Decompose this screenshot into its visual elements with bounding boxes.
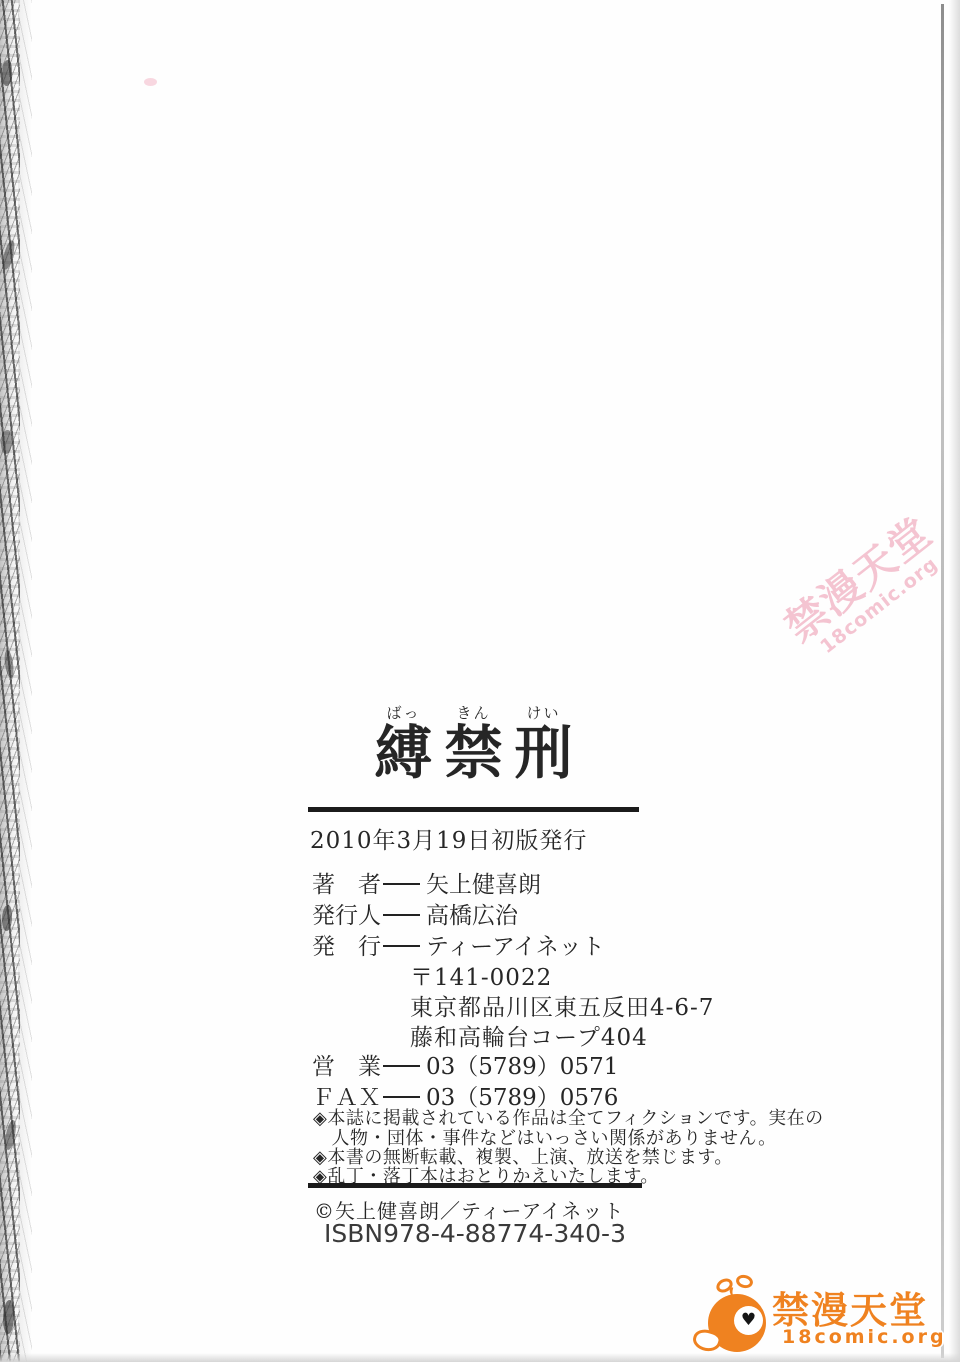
dash-line	[383, 1096, 420, 1098]
page-right-shade	[949, 0, 960, 1362]
colophon-row-author: 著 者 矢上健喜朗	[312, 866, 541, 899]
heart-icon: ♥	[741, 1312, 756, 1329]
bottom-rule	[308, 1183, 642, 1188]
title-char-group: けい 刑	[515, 706, 573, 786]
watermark-pink: 禁漫天堂 18comic.org	[770, 504, 960, 673]
contact-row-sales: 営 業 03（5789）0571	[312, 1048, 618, 1081]
scan-edge-texture	[0, 0, 20, 1362]
page-title: ばっ 縛 きん 禁 けい 刑	[308, 706, 639, 786]
colophon-label: 著 者	[312, 866, 381, 899]
colophon-label: 発行人	[312, 897, 381, 930]
mascot-icon: ♥	[708, 1294, 766, 1352]
title-kanji: 縛	[374, 721, 432, 786]
logo-domain-text: 18comic.org	[782, 1326, 947, 1348]
mascot-leaf-icon	[735, 1273, 755, 1290]
dash-line	[383, 883, 420, 885]
watermark-logo: ♥ 禁漫天堂 18comic.org	[692, 1266, 960, 1360]
address-postal-code: 〒141-0022	[410, 959, 552, 992]
colophon-label: 発 行	[312, 928, 381, 961]
isbn-number: ISBN978-4-88774-340-3	[308, 1219, 642, 1248]
mascot-tail	[690, 1326, 723, 1355]
colophon-value: 高橋広治	[426, 897, 518, 930]
title-kanji: 刑	[515, 721, 573, 786]
contact-label: 営 業	[312, 1048, 381, 1081]
dash-line	[383, 945, 420, 947]
publication-date: 2010年3月19日初版発行	[310, 822, 587, 855]
colophon-value: 矢上健喜朗	[426, 866, 541, 899]
title-char-group: きん 禁	[444, 706, 502, 786]
pink-speck	[144, 78, 157, 86]
colophon-row-publisher: 発 行 ティーアイネット	[312, 928, 605, 961]
title-kanji: 禁	[444, 721, 502, 786]
scan-edge-texture-soft	[18, 0, 32, 1362]
contact-value: 03（5789）0571	[426, 1048, 618, 1081]
title-char-group: ばっ 縛	[374, 706, 432, 786]
colophon-value: ティーアイネット	[426, 928, 605, 961]
mascot-face: ♥	[734, 1306, 763, 1335]
dash-line	[383, 914, 420, 916]
page-right-edge-line	[941, 4, 944, 1358]
title-underline-rule	[308, 807, 639, 812]
colophon-row-publisher-person: 発行人 高橋広治	[312, 897, 518, 930]
dash-line	[383, 1065, 420, 1067]
address-street: 東京都品川区東五反田4-6-7	[410, 989, 714, 1022]
